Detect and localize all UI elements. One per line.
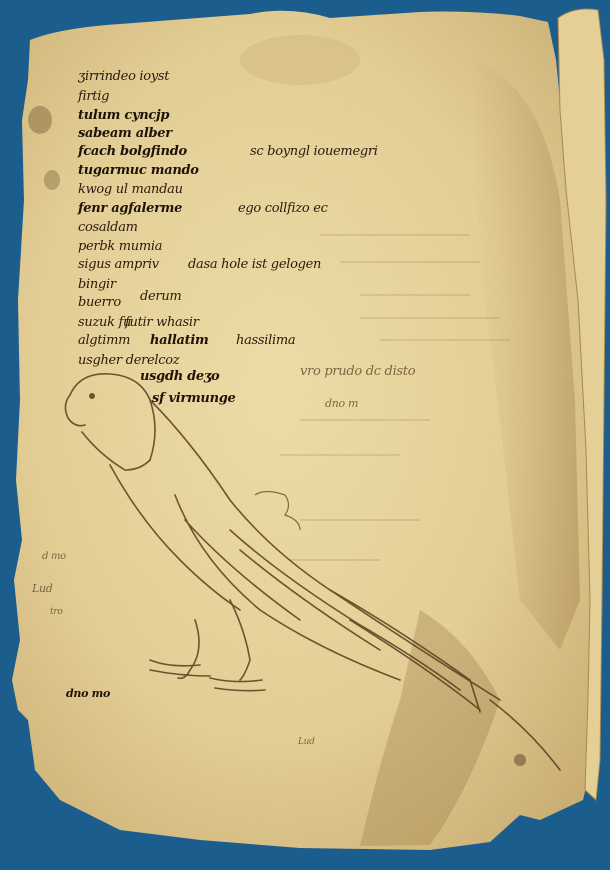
manuscript-image: ʒirrindeo ioyst firtig tulum cyncjp sabe…	[0, 0, 610, 870]
parchment-leaf	[0, 0, 610, 870]
